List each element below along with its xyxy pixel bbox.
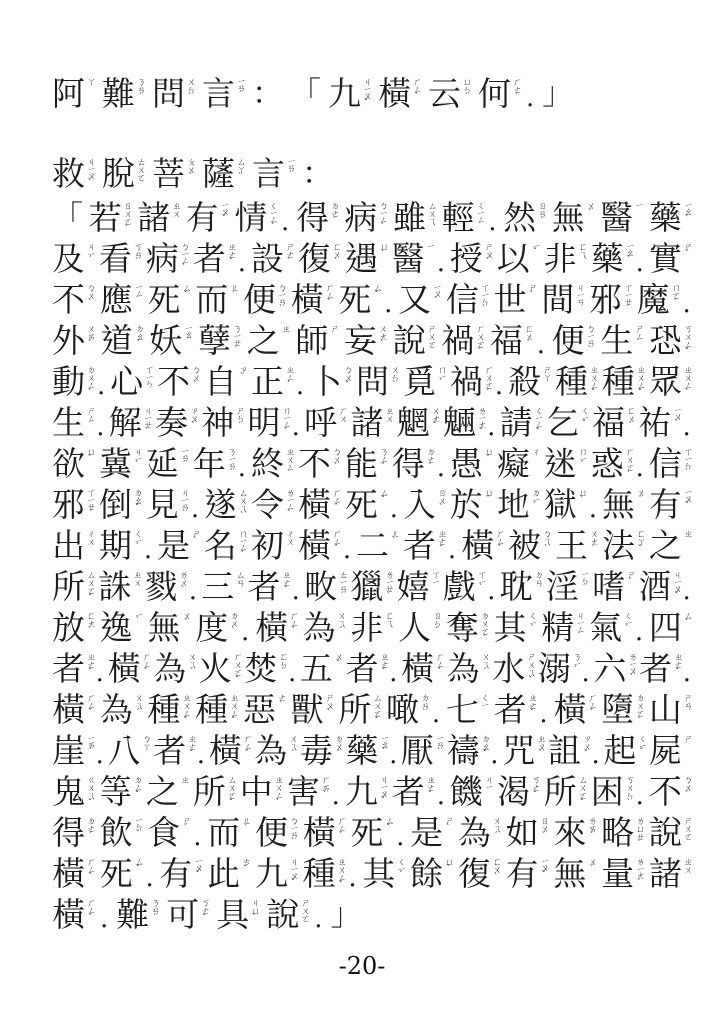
- han-character: 戲: [443, 569, 476, 605]
- char-with-zhuyin: 渴ㄎㄜˇ: [497, 774, 540, 813]
- zhuyin-annotation: ㄨㄤˇ: [430, 406, 440, 444]
- han-character: 妄: [344, 323, 377, 359]
- han-character: 淫: [546, 569, 579, 605]
- body-text-line: 不ㄅㄨˋ應ㄧㄥ死ㄙˇ而ㄦˊ便ㄅㄧㄢˋ橫ㄏㄥˊ死ㄙˇ.又ㄧㄡˋ信ㄒㄧㄣˋ世ㄕˋ間ㄐ…: [52, 282, 692, 323]
- han-character: 阿: [52, 76, 85, 112]
- char-with-zhuyin: 神ㄕㄣˊ: [201, 405, 244, 444]
- han-character: 邪: [52, 487, 85, 523]
- zhuyin-annotation: ㄈㄤˋ: [85, 611, 95, 649]
- char-with-zhuyin: 三ㄙㄢ: [201, 569, 244, 608]
- han-character: 醫: [600, 200, 633, 236]
- zhuyin-annotation: ㄓㄜˇ: [527, 693, 537, 731]
- zhuyin-annotation: ㄓㄨ: [170, 201, 180, 239]
- char-with-zhuyin: 便ㄅㄧㄢˋ: [255, 815, 298, 854]
- zhuyin-annotation: ㄓㄨㄥˇ: [180, 693, 190, 731]
- zhuyin-annotation: ㄏㄥˊ: [331, 488, 341, 526]
- zhuyin-annotation: ㄏㄥˊ: [331, 529, 341, 567]
- zhuyin-annotation: ㄧㄢˊ: [235, 77, 245, 115]
- zhuyin-annotation: ㄓㄨ: [682, 857, 692, 895]
- han-character: 應: [100, 282, 133, 318]
- han-character: 雖: [393, 200, 426, 236]
- char-with-zhuyin: 起ㄑㄧˇ: [603, 733, 646, 772]
- punctuation: .: [292, 578, 300, 604]
- char-with-zhuyin: 死ㄙˇ: [350, 815, 393, 854]
- char-with-zhuyin: 不ㄅㄨˋ: [52, 282, 95, 321]
- zhuyin-annotation: ㄧㄡˋ: [431, 283, 441, 321]
- han-character: 渴: [497, 774, 530, 810]
- punctuation: .: [591, 742, 599, 768]
- han-character: 奏: [155, 405, 188, 441]
- zhuyin-annotation: ㄦˋ: [389, 529, 399, 567]
- zhuyin-annotation: ㄑㄧˋ: [622, 611, 632, 649]
- han-character: 言: [202, 76, 235, 112]
- char-with-zhuyin: 嬉ㄒㄧ: [397, 569, 440, 608]
- han-character: 癡: [497, 446, 530, 482]
- han-character: 得: [392, 446, 425, 482]
- zhuyin-annotation: ㄐㄧㄡˇ: [361, 77, 371, 115]
- zhuyin-annotation: ㄓㄜˇ: [186, 734, 196, 772]
- han-character: 恐: [649, 323, 682, 359]
- char-with-zhuyin: 九ㄐㄧㄡˇ: [345, 774, 388, 813]
- han-character: 薩: [202, 156, 235, 192]
- han-character: 奪: [446, 610, 479, 646]
- char-with-zhuyin: 困ㄎㄨㄣˋ: [591, 774, 634, 813]
- zhuyin-annotation: ㄨㄟˊ: [336, 611, 346, 649]
- zhuyin-annotation: ㄕㄜˋ: [284, 242, 294, 280]
- han-character: 人: [398, 610, 431, 646]
- han-character: 者: [52, 651, 85, 687]
- zhuyin-annotation: ㄏㄥˊ: [434, 652, 444, 690]
- char-with-zhuyin: 問ㄨㄣˋ: [152, 76, 195, 115]
- char-with-zhuyin: 初ㄔㄨ: [251, 528, 294, 567]
- han-character: 神: [201, 405, 234, 441]
- han-character: 墮: [601, 692, 634, 728]
- han-character: 者: [392, 774, 425, 810]
- zhuyin-annotation: ㄎㄢˋ: [132, 242, 142, 280]
- han-character: 九: [255, 856, 288, 892]
- zhuyin-annotation: ㄊㄧㄢˊ: [337, 570, 347, 608]
- han-character: 溺: [538, 651, 571, 687]
- char-with-zhuyin: 二ㄦˋ: [356, 528, 399, 567]
- han-character: 橫: [298, 487, 331, 523]
- han-character: 何: [478, 76, 511, 112]
- han-character: 於: [450, 487, 483, 523]
- char-with-zhuyin: 者ㄓㄜˇ: [494, 692, 537, 731]
- zhuyin-annotation: ㄨㄣˋ: [389, 365, 399, 403]
- char-with-zhuyin: 藥ㄧㄠˋ: [346, 733, 389, 772]
- zhuyin-annotation: ㄒㄧㄝˊ: [622, 283, 632, 321]
- char-with-zhuyin: 此ㄘˇ: [207, 856, 250, 895]
- char-with-zhuyin: 有ㄧㄡˇ: [506, 856, 549, 895]
- char-with-zhuyin: 說ㄕㄨㄛ: [393, 323, 436, 362]
- char-with-zhuyin: 愚ㄩˊ: [450, 446, 493, 485]
- char-with-zhuyin: 倒ㄉㄠˇ: [99, 487, 142, 526]
- han-character: 年: [193, 446, 226, 482]
- han-character: 者: [247, 569, 280, 605]
- body-text-line: 得ㄉㄜˊ飲ㄧㄣˇ食ㄕˊ.而ㄦˊ便ㄅㄧㄢˋ橫ㄏㄥˊ死ㄙˇ.是ㄕˋ為ㄨㄟˊ如ㄖㄨˊ來…: [52, 815, 692, 856]
- punctuation: .: [191, 496, 199, 522]
- punctuation: .: [332, 783, 340, 809]
- han-character: 問: [356, 364, 389, 400]
- zhuyin-annotation: ㄖㄢˊ: [536, 201, 546, 239]
- char-with-zhuyin: 者ㄓㄜˇ: [193, 241, 236, 280]
- han-character: 祐: [638, 405, 671, 441]
- punctuation: .: [636, 250, 644, 276]
- han-character: 具: [216, 897, 249, 933]
- punctuation: ：: [252, 76, 283, 112]
- zhuyin-annotation: ㄋㄢˊ: [135, 77, 145, 115]
- han-character: 橫: [378, 76, 411, 112]
- char-with-zhuyin: 者ㄓㄜˇ: [346, 651, 389, 690]
- char-with-zhuyin: 者ㄓㄜˇ: [153, 733, 196, 772]
- zhuyin-annotation: ㄕˊ: [180, 816, 190, 854]
- zhuyin-annotation: ㄕㄢ: [682, 693, 692, 731]
- char-with-zhuyin: 能ㄋㄥˊ: [345, 446, 388, 485]
- char-with-zhuyin: 死ㄙˇ: [147, 282, 190, 321]
- zhuyin-annotation: ㄇㄧㄥˊ: [280, 406, 290, 444]
- char-with-zhuyin: 餘ㄩˊ: [410, 856, 453, 895]
- zhuyin-annotation: ㄓㄨㄥˋ: [682, 365, 692, 403]
- punctuation: 「: [52, 200, 83, 236]
- han-character: 設: [251, 241, 284, 277]
- punctuation: .: [100, 906, 108, 932]
- han-character: 種: [555, 364, 588, 400]
- han-character: 遂: [204, 487, 237, 523]
- punctuation: .: [145, 865, 153, 891]
- punctuation: .: [96, 660, 104, 686]
- zhuyin-annotation: ㄧ: [633, 201, 643, 239]
- zhuyin-annotation: ㄕㄚ: [541, 365, 551, 403]
- zhuyin-annotation: ㄕ: [328, 324, 338, 362]
- han-character: 八: [108, 733, 141, 769]
- zhuyin-annotation: ㄋㄢˊ: [149, 898, 159, 936]
- zhuyin-annotation: ㄌㄧㄝˋ: [383, 570, 393, 608]
- han-character: 無: [147, 610, 180, 646]
- punctuation: .: [487, 414, 495, 440]
- zhuyin-annotation: ㄈㄟ: [383, 611, 393, 649]
- zhuyin-annotation: ㄉㄠˋ: [134, 324, 144, 362]
- zhuyin-annotation: ㄨˊ: [585, 201, 595, 239]
- char-with-zhuyin: 有ㄧㄡˇ: [159, 856, 202, 895]
- punctuation: .: [348, 865, 356, 891]
- han-character: 及: [52, 241, 85, 277]
- body-text-line: 橫ㄏㄥˊ.難ㄋㄢˊ可ㄎㄜˇ具ㄐㄩˋ說ㄕㄨㄛ.」: [52, 897, 692, 938]
- han-character: 種: [303, 856, 336, 892]
- han-character: 嬉: [397, 569, 430, 605]
- han-character: 橫: [291, 282, 324, 318]
- char-with-zhuyin: 水ㄕㄨㄟˇ: [492, 651, 535, 690]
- zhuyin-annotation: ㄑㄧˊ: [132, 529, 142, 567]
- han-character: 四: [649, 610, 682, 646]
- char-with-zhuyin: 飲ㄧㄣˇ: [100, 815, 143, 854]
- han-character: 被: [508, 528, 541, 564]
- han-character: 飲: [100, 815, 133, 851]
- han-character: 酒: [638, 569, 671, 605]
- zhuyin-annotation: ㄙˇ: [371, 283, 381, 321]
- body-text-line: 所ㄙㄨㄛˇ誅ㄓㄨ戮ㄌㄨˋ.三ㄙㄢ者ㄓㄜˇ.畋ㄊㄧㄢˊ獵ㄌㄧㄝˋ嬉ㄒㄧ戲ㄒㄧˋ.耽…: [52, 569, 692, 610]
- han-character: 迷: [544, 446, 577, 482]
- char-with-zhuyin: 橫ㄏㄥˊ: [52, 897, 95, 936]
- char-with-zhuyin: 藥ㄧㄠˋ: [649, 200, 692, 239]
- char-with-zhuyin: 心ㄒㄧㄣ: [110, 364, 153, 403]
- han-character: 諸: [350, 405, 383, 441]
- han-character: 地: [497, 487, 530, 523]
- zhuyin-annotation: ㄕˋ: [443, 816, 453, 854]
- han-character: 實: [649, 241, 682, 277]
- punctuation: .: [144, 537, 152, 563]
- char-with-zhuyin: 有ㄧㄡˇ: [649, 487, 692, 526]
- char-with-zhuyin: 橫ㄏㄥˊ: [461, 528, 504, 567]
- han-character: 卜: [309, 364, 342, 400]
- han-character: 王: [555, 528, 588, 564]
- han-character: 正: [251, 364, 284, 400]
- zhuyin-annotation: ㄉㄜˊ: [425, 447, 435, 485]
- zhuyin-annotation: ㄩㄣˊ: [461, 77, 471, 115]
- char-with-zhuyin: 遇ㄩˋ: [345, 241, 388, 280]
- char-with-zhuyin: 獸ㄕㄡˋ: [291, 692, 334, 731]
- page-number: -20-: [0, 952, 724, 980]
- sutra-page: 阿ㄚ難ㄋㄢˊ問ㄨㄣˋ言ㄧㄢˊ：「九ㄐㄧㄡˇ橫ㄏㄥˊ云ㄩㄣˊ何ㄏㄜˊ.」 救ㄐㄧㄡ…: [0, 0, 724, 1024]
- zhuyin-annotation: ㄏㄥˊ: [242, 734, 252, 772]
- punctuation: .: [490, 742, 498, 768]
- han-character: 獸: [291, 692, 324, 728]
- char-with-zhuyin: 雖ㄙㄨㄟ: [393, 200, 436, 239]
- char-with-zhuyin: 入ㄖㄨˋ: [403, 487, 446, 526]
- char-with-zhuyin: 殺ㄕㄚ: [508, 364, 551, 403]
- char-with-zhuyin: 非ㄈㄟ: [544, 241, 587, 280]
- zhuyin-annotation: ㄔ: [530, 447, 540, 485]
- han-character: 者: [346, 651, 379, 687]
- han-character: 橫: [401, 651, 434, 687]
- zhuyin-annotation: ㄐㄧˋ: [132, 447, 142, 485]
- char-with-zhuyin: 冀ㄐㄧˋ: [99, 446, 142, 485]
- punctuation: .: [635, 619, 643, 645]
- zhuyin-annotation: ㄨㄟˊ: [287, 734, 297, 772]
- zhuyin-annotation: ㄓㄨㄥˇ: [228, 693, 238, 731]
- zhuyin-annotation: ㄏㄨㄛˋ: [483, 365, 493, 403]
- char-with-zhuyin: 奪ㄉㄨㄛˊ: [446, 610, 489, 649]
- char-with-zhuyin: 便ㄅㄧㄢˋ: [243, 282, 286, 321]
- han-character: 橫: [553, 692, 586, 728]
- zhuyin-annotation: ㄅㄚ: [141, 734, 151, 772]
- char-with-zhuyin: 所ㄙㄨㄛˇ: [52, 569, 95, 608]
- char-with-zhuyin: 者ㄓㄜˇ: [403, 528, 446, 567]
- zhuyin-annotation: ㄙㄨㄟˋ: [237, 488, 247, 526]
- char-with-zhuyin: 為ㄨㄟˊ: [303, 610, 346, 649]
- han-character: 死: [345, 487, 378, 523]
- char-with-zhuyin: 略ㄌㄩㄝˋ: [601, 815, 644, 854]
- zhuyin-annotation: ㄎㄜˇ: [530, 775, 540, 813]
- han-character: 諸: [649, 856, 682, 892]
- zhuyin-annotation: ㄇㄧㄥˊ: [237, 529, 247, 567]
- han-character: 而: [195, 282, 228, 318]
- han-character: 等: [99, 774, 132, 810]
- han-character: 法: [602, 528, 635, 564]
- punctuation: .: [487, 578, 495, 604]
- zhuyin-annotation: ㄓㄥˋ: [284, 365, 294, 403]
- char-with-zhuyin: 獄ㄩˋ: [544, 487, 587, 526]
- han-character: 呼: [304, 405, 337, 441]
- char-with-zhuyin: 自ㄗˋ: [204, 364, 247, 403]
- han-character: 種: [195, 692, 228, 728]
- char-with-zhuyin: 醫ㄧ: [392, 241, 435, 280]
- han-character: 為: [458, 815, 491, 851]
- zhuyin-annotation: ㄧㄥ: [133, 283, 143, 321]
- zhuyin-annotation: ㄨㄟˊ: [491, 816, 501, 854]
- char-with-zhuyin: 橫ㄏㄥˊ: [52, 856, 95, 895]
- zhuyin-annotation: ㄌㄧㄡˋ: [626, 652, 636, 690]
- char-with-zhuyin: 中ㄓㄨㄥˋ: [240, 774, 283, 813]
- char-with-zhuyin: 毒ㄉㄨˊ: [300, 733, 343, 772]
- han-character: 期: [99, 528, 132, 564]
- punctuation: .: [96, 414, 104, 440]
- han-character: 便: [243, 282, 276, 318]
- char-with-zhuyin: 欲ㄩˋ: [52, 446, 95, 485]
- han-character: 精: [541, 610, 574, 646]
- zhuyin-annotation: ㄗㄨˇ: [581, 734, 591, 772]
- char-with-zhuyin: 實ㄕˊ: [649, 241, 692, 280]
- char-with-zhuyin: 屍ㄕ: [649, 733, 692, 772]
- han-character: 倒: [99, 487, 132, 523]
- zhuyin-annotation: ㄉㄨˋ: [228, 611, 238, 649]
- char-with-zhuyin: 及ㄐㄧˊ: [52, 241, 95, 280]
- char-with-zhuyin: 有ㄧㄡˇ: [186, 200, 229, 239]
- han-character: 七: [446, 692, 479, 728]
- han-character: 種: [147, 692, 180, 728]
- zhuyin-annotation: ㄗㄡˋ: [188, 406, 198, 444]
- han-character: 死: [100, 856, 133, 892]
- han-character: 問: [152, 76, 185, 112]
- han-character: 不: [157, 364, 190, 400]
- char-with-zhuyin: 溺ㄋㄧˋ: [538, 651, 581, 690]
- char-with-zhuyin: 生ㄕㄥ: [600, 323, 643, 362]
- punctuation: .: [288, 660, 296, 686]
- zhuyin-annotation: ㄙˋ: [682, 611, 692, 649]
- char-with-zhuyin: 如ㄖㄨˊ: [506, 815, 549, 854]
- char-with-zhuyin: 而ㄦˊ: [207, 815, 250, 854]
- punctuation: .: [437, 455, 445, 481]
- zhuyin-annotation: ㄕㄨㄛ: [299, 898, 309, 936]
- char-with-zhuyin: 八ㄅㄚ: [108, 733, 151, 772]
- zhuyin-annotation: ㄉㄢˋ: [419, 693, 429, 731]
- zhuyin-annotation: ㄩˊ: [483, 447, 493, 485]
- zhuyin-annotation: ㄘˇ: [240, 857, 250, 895]
- blank-line: [52, 117, 692, 156]
- zhuyin-annotation: ㄓ: [682, 529, 692, 567]
- char-with-zhuyin: 酒ㄐㄧㄡˇ: [638, 569, 681, 608]
- punctuation: .: [437, 783, 445, 809]
- han-character: 道: [101, 323, 134, 359]
- han-character: 九: [328, 76, 361, 112]
- char-with-zhuyin: 橫ㄏㄥˊ: [303, 815, 346, 854]
- punctuation: .: [582, 660, 590, 686]
- zhuyin-annotation: ㄙㄨㄛˇ: [371, 693, 381, 731]
- han-character: 嗜: [592, 569, 625, 605]
- zhuyin-annotation: ㄑㄧ: [479, 693, 489, 731]
- zhuyin-annotation: ㄑㄧˇ: [579, 406, 589, 444]
- zhuyin-annotation: ㄒㄧㄣˋ: [479, 283, 489, 321]
- zhuyin-annotation: ㄩˋ: [378, 242, 388, 280]
- zhuyin-annotation: ㄧˇ: [530, 242, 540, 280]
- zhuyin-annotation: ㄓㄜˇ: [280, 570, 290, 608]
- zhuyin-annotation: ㄅㄟˋ: [541, 529, 551, 567]
- han-character: 信: [649, 446, 682, 482]
- punctuation: 」: [542, 76, 573, 112]
- zhuyin-annotation: ㄇㄧˋ: [436, 365, 446, 403]
- zhuyin-annotation: ㄑㄧㄥ: [475, 201, 485, 239]
- char-with-zhuyin: 明ㄇㄧㄥˊ: [247, 405, 290, 444]
- char-with-zhuyin: 可ㄎㄜˇ: [166, 897, 209, 936]
- zhuyin-annotation: ㄕˋ: [527, 283, 537, 321]
- zhuyin-annotation: ㄖㄨˋ: [436, 488, 446, 526]
- char-with-zhuyin: 外ㄨㄞˋ: [52, 323, 95, 362]
- punctuation: .: [197, 742, 205, 768]
- char-with-zhuyin: 道ㄉㄠˋ: [101, 323, 144, 362]
- char-with-zhuyin: 惡ㄜˋ: [243, 692, 286, 731]
- char-with-zhuyin: 授ㄕㄡˋ: [450, 241, 493, 280]
- han-character: 者: [403, 528, 436, 564]
- char-with-zhuyin: 為ㄨㄟˊ: [100, 692, 143, 731]
- char-with-zhuyin: 橫ㄏㄥˊ: [553, 692, 596, 731]
- char-with-zhuyin: 禱ㄉㄠˇ: [447, 733, 490, 772]
- han-character: 病: [146, 241, 179, 277]
- zhuyin-annotation: ㄙㄨㄛˇ: [577, 775, 587, 813]
- zhuyin-annotation: ㄩˊ: [483, 488, 493, 526]
- char-with-zhuyin: 名ㄇㄧㄥˊ: [204, 528, 247, 567]
- han-character: 二: [356, 528, 389, 564]
- zhuyin-annotation: ㄉㄢ: [533, 570, 543, 608]
- char-with-zhuyin: 乞ㄑㄧˇ: [546, 405, 589, 444]
- zhuyin-annotation: ㄏㄨㄛˇ: [232, 652, 242, 690]
- zhuyin-annotation: ㄓㄜˇ: [226, 242, 236, 280]
- char-with-zhuyin: 奏ㄗㄡˋ: [155, 405, 198, 444]
- zhuyin-annotation: ㄕㄨㄛ: [426, 324, 436, 362]
- han-character: 救: [52, 156, 85, 192]
- zhuyin-annotation: ㄉㄨˊ: [333, 734, 343, 772]
- body-text-line: 出ㄔㄨ期ㄑㄧˊ.是ㄕˋ名ㄇㄧㄥˊ初ㄔㄨ橫ㄏㄥˊ.二ㄦˋ者ㄓㄜˇ.橫ㄏㄥˊ被ㄅㄟˋ…: [52, 528, 692, 569]
- char-with-zhuyin: 卜ㄅㄨˇ: [309, 364, 352, 403]
- zhuyin-annotation: ㄕㄨㄟˇ: [525, 652, 535, 690]
- char-with-zhuyin: 畋ㄊㄧㄢˊ: [304, 569, 347, 608]
- han-character: 中: [240, 774, 273, 810]
- zhuyin-annotation: ㄜˋ: [276, 693, 286, 731]
- char-with-zhuyin: 病ㄅㄧㄥˋ: [146, 241, 189, 280]
- zhuyin-annotation: ㄖㄨㄛˋ: [122, 201, 132, 239]
- char-with-zhuyin: 橫ㄏㄥˊ: [298, 487, 341, 526]
- punctuation: 「: [290, 76, 321, 112]
- char-with-zhuyin: 延ㄧㄢˊ: [146, 446, 189, 485]
- han-character: 量: [601, 856, 634, 892]
- char-with-zhuyin: 法ㄈㄚˇ: [602, 528, 645, 567]
- char-with-zhuyin: 云ㄩㄣˊ: [428, 76, 471, 115]
- char-with-zhuyin: 癡ㄔ: [497, 446, 540, 485]
- char-with-zhuyin: 獵ㄌㄧㄝˋ: [350, 569, 393, 608]
- han-character: 邪: [589, 282, 622, 318]
- han-character: 初: [251, 528, 284, 564]
- char-with-zhuyin: 橫ㄏㄥˊ: [255, 610, 298, 649]
- zhuyin-annotation: ㄅㄧㄥˋ: [179, 242, 189, 280]
- zhuyin-annotation: ㄐㄧㄢ: [574, 283, 584, 321]
- han-character: 種: [602, 364, 635, 400]
- han-character: 說: [393, 323, 426, 359]
- zhuyin-annotation: ㄈㄨˊ: [523, 324, 533, 362]
- char-with-zhuyin: 師ㄕ: [295, 323, 338, 362]
- han-character: 者: [639, 651, 672, 687]
- han-character: 欲: [52, 446, 85, 482]
- zhuyin-annotation: ㄓㄜˇ: [436, 529, 446, 567]
- han-character: 殺: [508, 364, 541, 400]
- han-character: 菩: [152, 156, 185, 192]
